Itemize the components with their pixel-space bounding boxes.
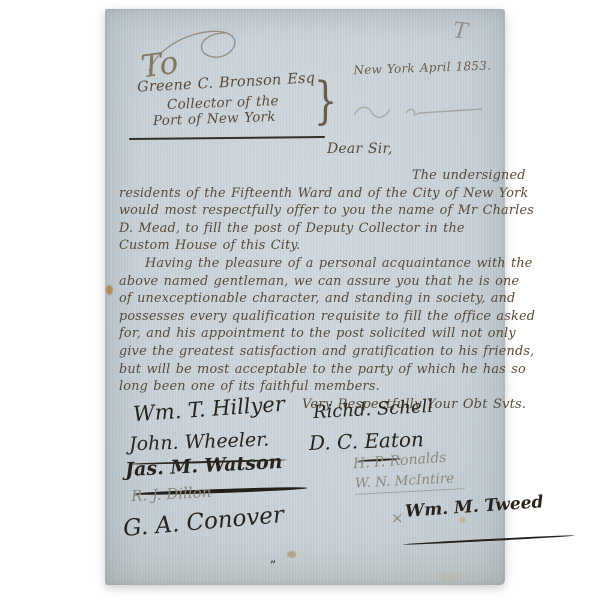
address-line-port: Port of New York (153, 109, 276, 129)
x-mark: × (391, 509, 404, 527)
greeting: Dear Sir, (327, 141, 392, 157)
signature-tweed: Wm. M. Tweed (404, 492, 544, 522)
pencil-corner-mark: T (452, 18, 469, 44)
body-line: possesses every qualification requisite … (119, 308, 503, 326)
signature-wheeler: John. Wheeler. (129, 429, 270, 456)
divider-rule (129, 136, 325, 140)
ditto-mark: „ (270, 551, 276, 565)
signature-conover: G. A. Conover (122, 502, 285, 542)
signature-eaton: D. C. Eaton (309, 427, 425, 455)
address-brace: } (314, 70, 337, 129)
body-line: Custom House of this City. (119, 237, 503, 255)
body-line: residents of the Fifteenth Ward and of t… (119, 185, 503, 203)
foxing-stain (437, 573, 463, 581)
scan-background: T To New York April 1853. Greene C. Bron… (0, 0, 600, 600)
body-opening: The undersigned (119, 167, 503, 185)
body-line: D. Mead, to fill the post of Deputy Coll… (119, 220, 503, 238)
body-line: give the greatest satisfaction and grati… (119, 343, 503, 361)
foxing-stain (287, 551, 296, 558)
body-line: Having the pleasure of a personal acquai… (119, 255, 503, 273)
signature-ronalds: H. P. Ronalds (353, 450, 447, 472)
body-line: of unexceptionable character, and standi… (119, 290, 503, 308)
signature-watson: Jas. M. Watson (125, 451, 283, 481)
letter-paper: T To New York April 1853. Greene C. Bron… (105, 9, 505, 585)
date-line: New York April 1853. (345, 58, 491, 77)
body-line: above named gentleman, we can assure you… (119, 273, 503, 291)
foxing-stain (106, 285, 113, 295)
flourish-underline (403, 535, 575, 546)
body-line: for, and his appointment to the post sol… (119, 325, 503, 343)
pencil-notation (350, 91, 488, 127)
body-line: would most respectfully offer to you the… (119, 202, 503, 220)
body-line: but will be most acceptable to the party… (119, 361, 503, 379)
body-line: long been one of its faithful members. (119, 378, 503, 396)
letter-body: The undersigned residents of the Fifteen… (119, 167, 503, 413)
signature-dillon: R. J. Dillon (131, 483, 212, 505)
